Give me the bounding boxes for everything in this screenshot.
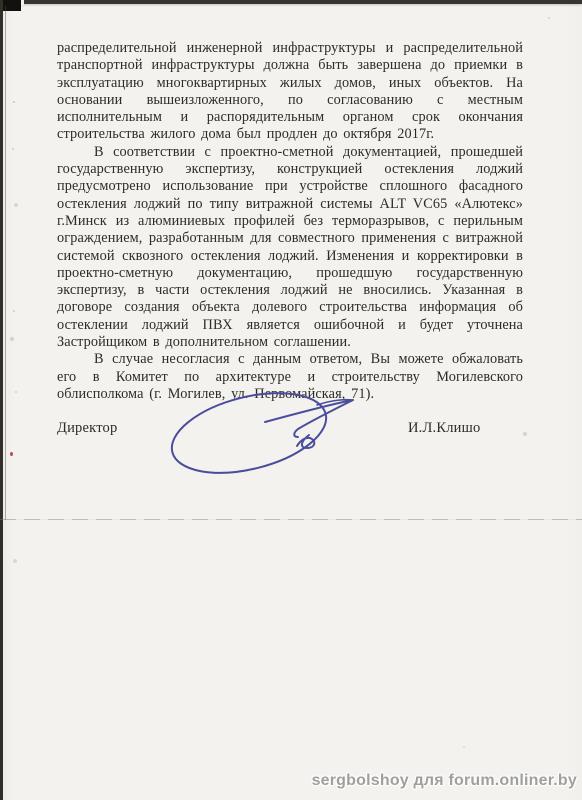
signature-name: И.Л.Клишо: [408, 420, 480, 437]
scan-dust-specks: [0, 0, 2, 2]
red-ink-speck: [10, 452, 13, 456]
scan-edge-left-artifact: [0, 0, 3, 800]
signature-role-label: Директор: [57, 420, 117, 437]
signature-strokes: [164, 388, 353, 483]
body-paragraph-2: В соответствии с проектно-сметной докуме…: [57, 144, 523, 352]
letter-body: распределительной инженерной инфраструкт…: [57, 40, 523, 403]
fold-crease-line: [0, 519, 582, 520]
scanned-letter-page: распределительной инженерной инфраструкт…: [0, 0, 582, 800]
signature-block: Директор И.Л.Клишо: [57, 388, 523, 484]
signature-ink: [157, 388, 387, 483]
scan-corner-notch: [21, 0, 24, 5]
watermark: sergbolshoy для forum.onliner.by: [312, 772, 577, 790]
body-paragraph-1: распределительной инженерной инфраструкт…: [57, 40, 523, 144]
scan-page-edge-line: [5, 6, 6, 520]
scan-corner-black-block: [0, 0, 21, 11]
scan-edge-top-artifact: [0, 0, 582, 4]
